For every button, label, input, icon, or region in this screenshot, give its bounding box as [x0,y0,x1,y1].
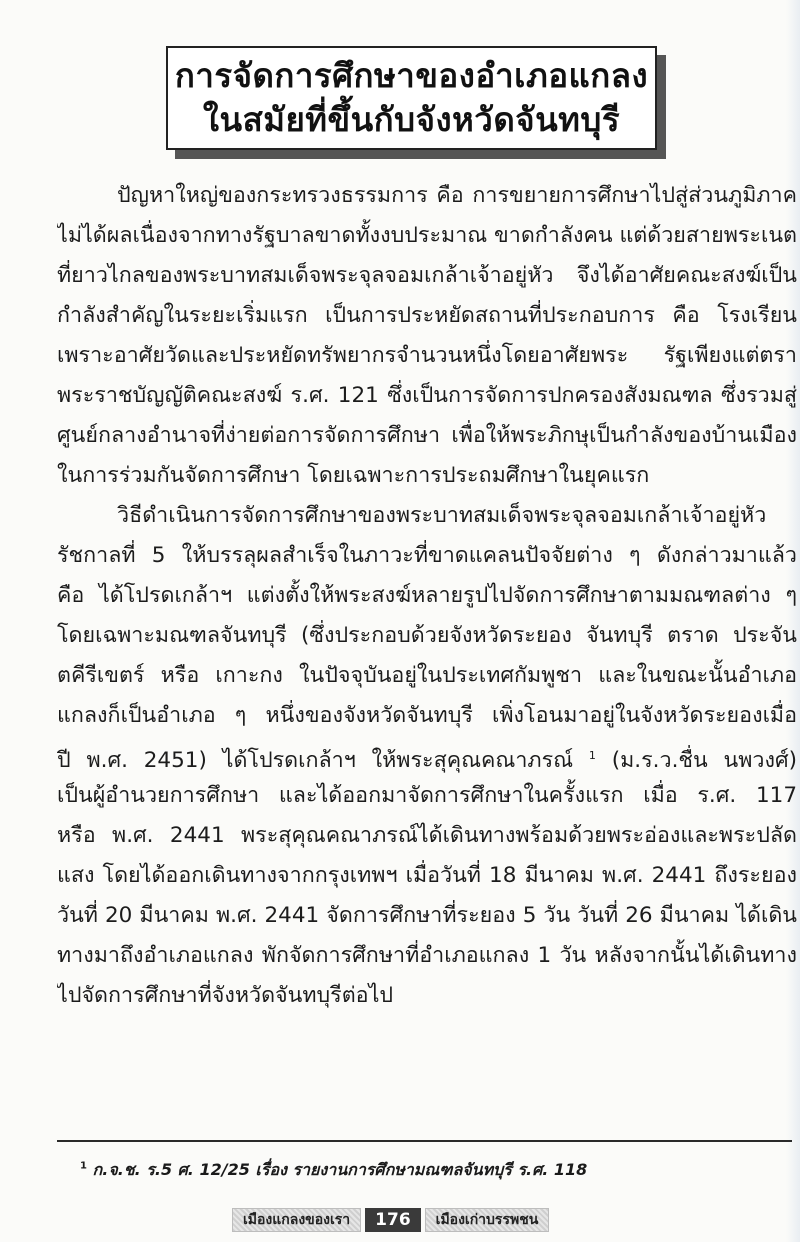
paragraph-1: ปัญหาใหญ่ของกระทรวงธรรมการ คือ การขยายกา… [57,176,797,496]
text-line: ไปจัดการศึกษาที่จังหวัดจันทบุรีต่อไป [57,976,797,1016]
text-line: วันที่ 20 มีนาคม พ.ศ. 2441 จัดการศึกษาที… [57,896,797,936]
footer-subtitle: เมืองเก่าบรรพชน [425,1208,550,1232]
text-line: ศูนย์กลางอำนาจที่ง่ายต่อการจัดการศึกษา เ… [57,416,797,456]
text-line: โดยเฉพาะมณฑลจันทบุรี (ซึ่งประกอบด้วยจังห… [57,616,797,656]
paragraph-2: วิธีดำเนินการจัดการศึกษาของพระบาทสมเด็จพ… [57,496,797,1016]
text-line-with-footnote-ref: ปี พ.ศ. 2451) ได้โปรดเกล้าฯ ให้พระสุคุณค… [57,736,797,776]
text-line: ไม่ได้ผลเนื่องจากทางรัฐบาลขาดทั้งงบประมา… [57,216,797,256]
text-line: ปัญหาใหญ่ของกระทรวงธรรมการ คือ การขยายกา… [57,176,797,216]
chapter-title-line-1: การจัดการศึกษาของอำเภอแกลง [168,54,655,98]
footnote-text: ก.จ.ช. ร.5 ศ. 12/25 เรื่อง รายงานการศึกษ… [93,1160,588,1179]
chapter-title-box: การจัดการศึกษาของอำเภอแกลง ในสมัยที่ขึ้น… [166,46,657,150]
chapter-title-line-2: ในสมัยที่ขึ้นกับจังหวัดจันทบุรี [168,98,655,142]
footnote-divider [57,1140,792,1142]
text-line: ทางมาถึงอำเภอแกลง พักจัดการศึกษาที่อำเภอ… [57,936,797,976]
text-line: พระราชบัญญัติคณะสงฆ์ ร.ศ. 121 ซึ่งเป็นกา… [57,376,797,416]
text-segment: (ม.ร.ว.ชื่น นพวงศ์) [612,748,797,773]
running-footer: เมืองแกลงของเรา 176 เมืองเก่าบรรพชน [232,1208,549,1232]
text-line: หรือ พ.ศ. 2441 พระสุคุณคณาภรณ์ได้เดินทาง… [57,816,797,856]
page-number: 176 [365,1208,421,1232]
text-line: แกลงก็เป็นอำเภอ ๆ หนึ่งของจังหวัดจันทบุร… [57,696,797,736]
text-line: วิธีดำเนินการจัดการศึกษาของพระบาทสมเด็จพ… [57,496,797,536]
footer-book-title: เมืองแกลงของเรา [232,1208,361,1232]
footnote: 1 ก.จ.ช. ร.5 ศ. 12/25 เรื่อง รายงานการศึ… [80,1158,780,1183]
text-line: กำลังสำคัญในระยะเริ่มแรก เป็นการประหยัดส… [57,296,797,336]
text-line: ตคีรีเขตร์ หรือ เกาะกง ในปัจจุบันอยู่ในป… [57,656,797,696]
text-line: ในการร่วมกันจัดการศึกษา โดยเฉพาะการประถม… [57,456,797,496]
text-line: เป็นผู้อำนวยการศึกษา และได้ออกมาจัดการศึ… [57,776,797,816]
footnote-mark: 1 [80,1161,87,1172]
text-segment: ปี พ.ศ. 2451) ได้โปรดเกล้าฯ ให้พระสุคุณค… [57,748,573,773]
book-page: การจัดการศึกษาของอำเภอแกลง ในสมัยที่ขึ้น… [0,0,800,1242]
text-line: ที่ยาวไกลของพระบาทสมเด็จพระจุลจอมเกล้าเจ… [57,256,797,296]
text-line: เพราะอาศัยวัดและประหยัดทรัพยากรจำนวนหนึ่… [57,336,797,376]
footnote-reference[interactable]: 1 [589,749,596,762]
text-line: คือ ได้โปรดเกล้าฯ แต่งตั้งให้พระสงฆ์หลาย… [57,576,797,616]
text-line: แสง โดยได้ออกเดินทางจากกรุงเทพฯ เมื่อวัน… [57,856,797,896]
text-line: รัชกาลที่ 5 ให้บรรลุผลสำเร็จในภาวะที่ขาด… [57,536,797,576]
body-text: ปัญหาใหญ่ของกระทรวงธรรมการ คือ การขยายกา… [57,176,797,1016]
